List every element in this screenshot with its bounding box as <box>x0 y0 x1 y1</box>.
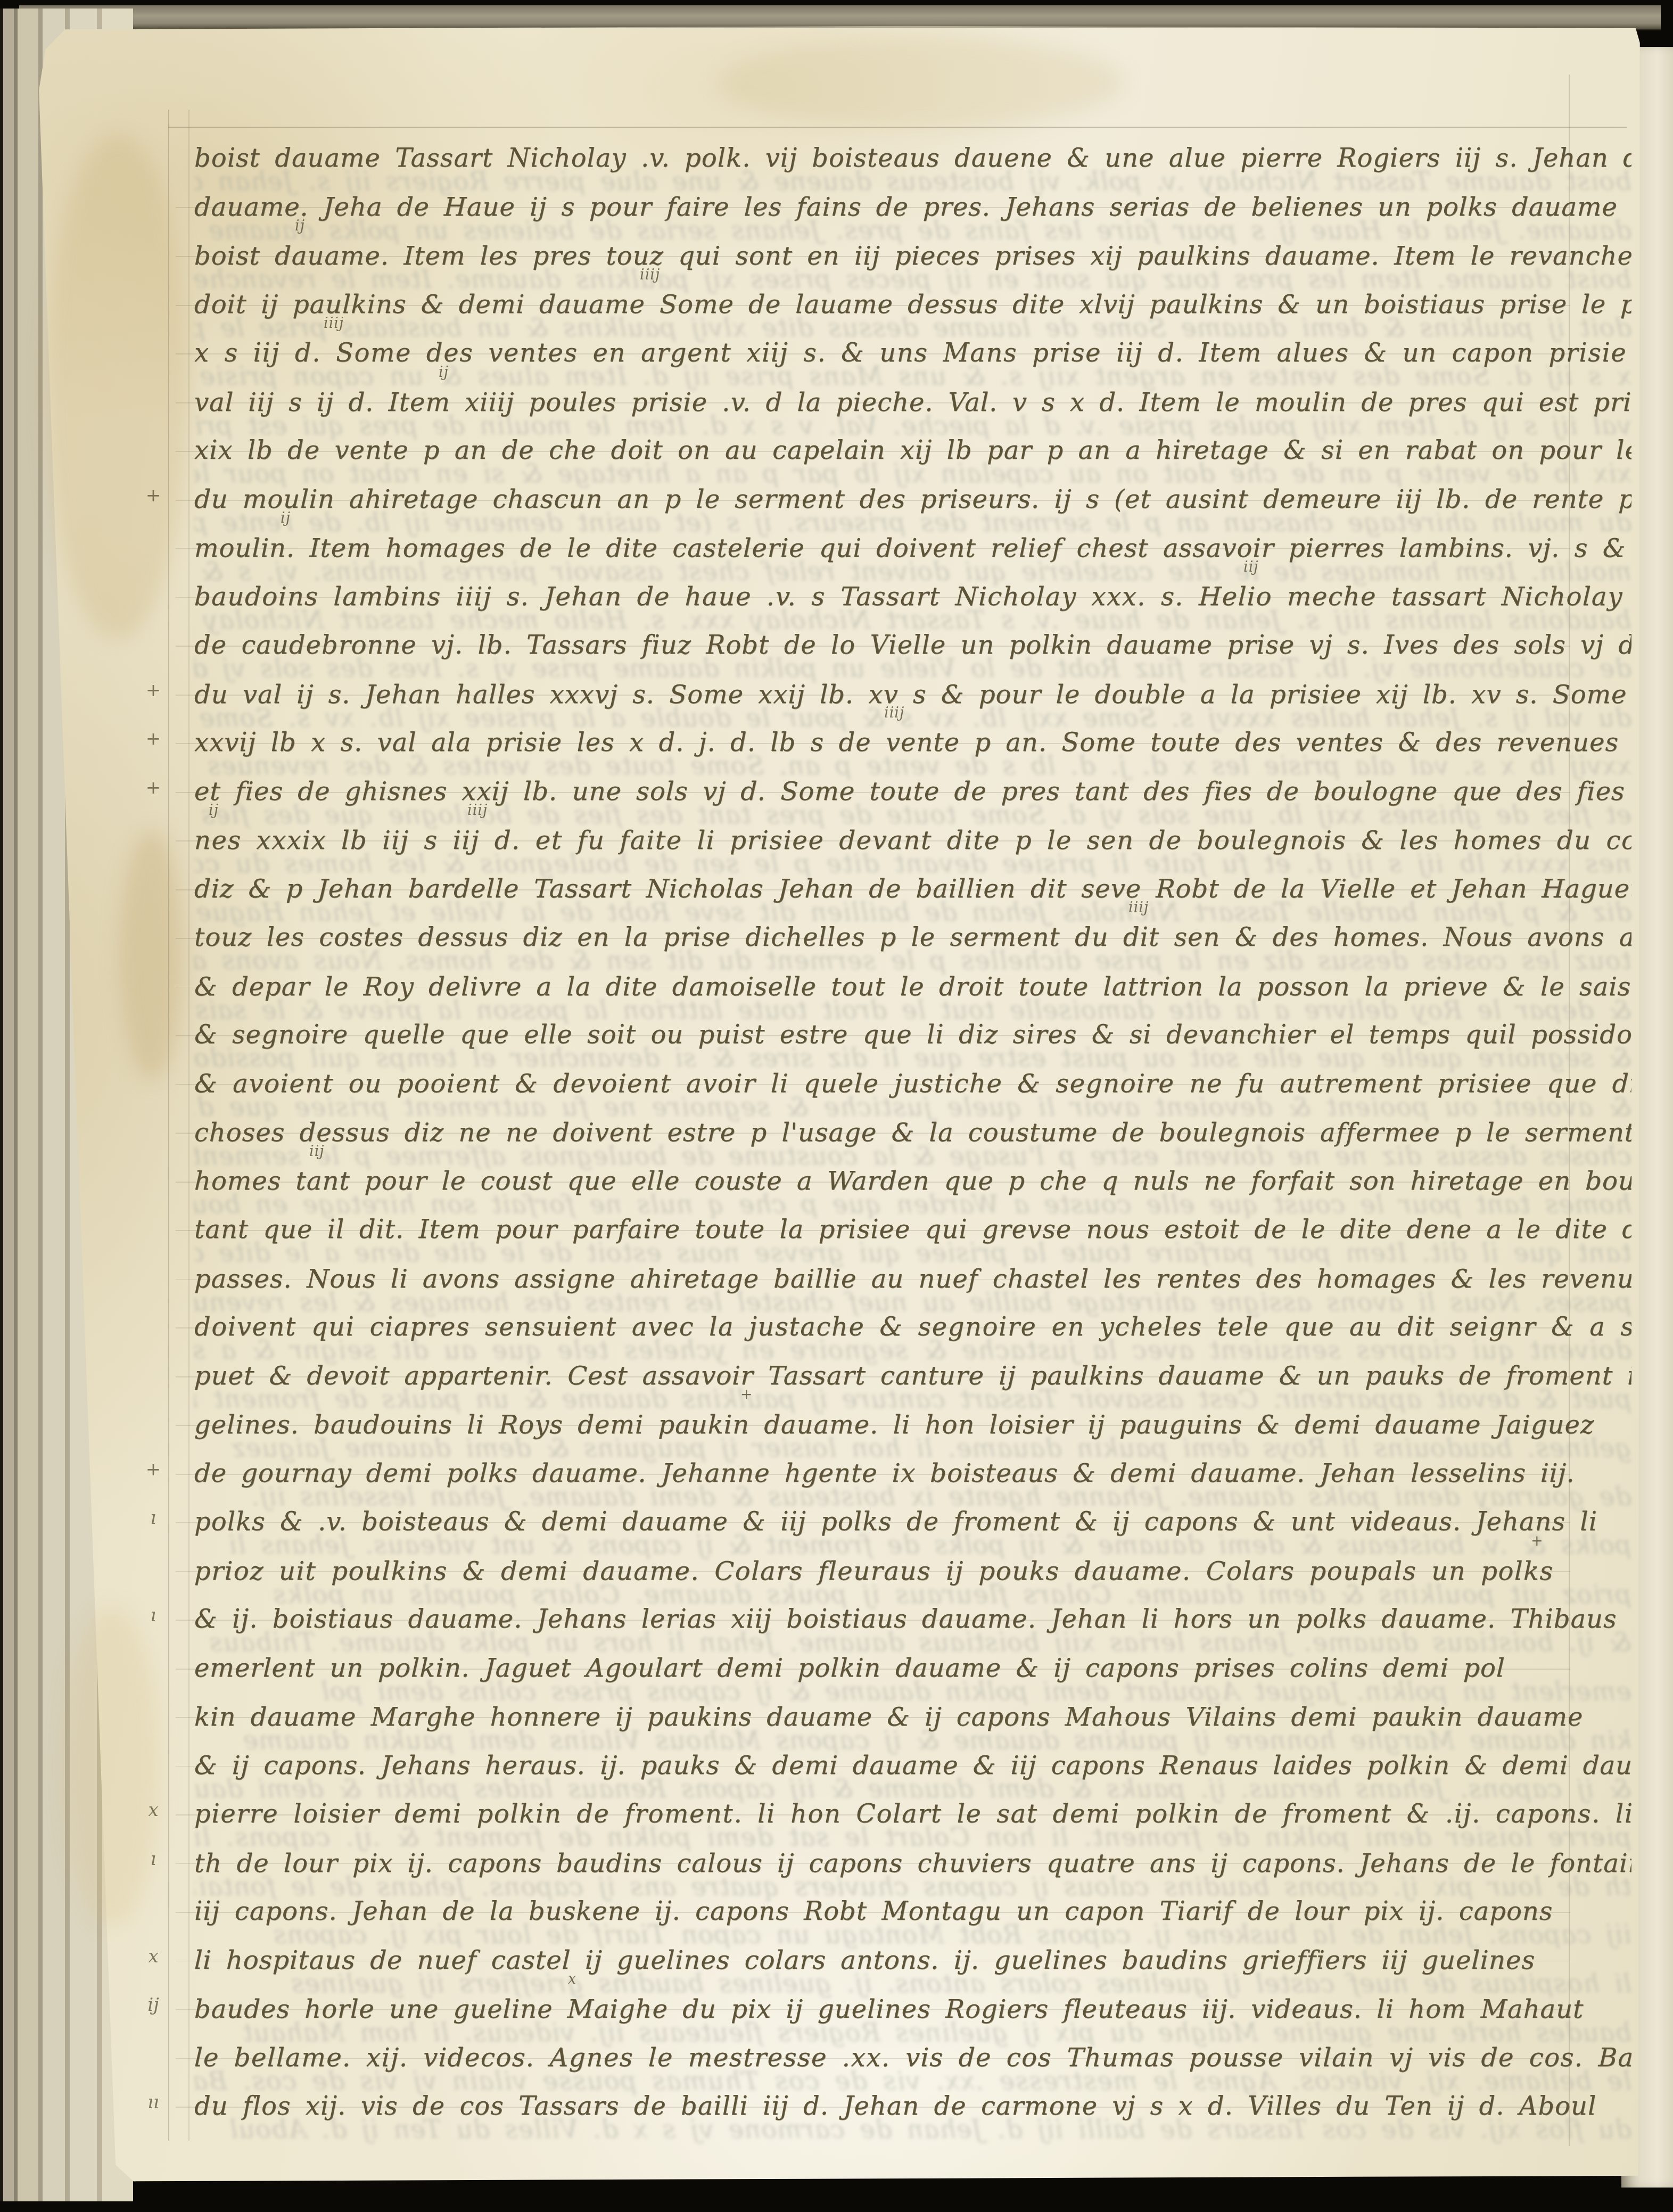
manuscript-line: dauame. Jeha de Haue ij s pour faire les… <box>193 183 1632 232</box>
manuscript-line: & avoient ou pooient & devoient avoir li… <box>193 1060 1632 1109</box>
manuscript-line: de caudebronne vj. lb. Tassars fiuz Robt… <box>194 621 1631 670</box>
manuscript-line: polks & .v. boisteaus & demi dauame & ii… <box>194 1498 1631 1547</box>
margin-mark: + <box>134 485 172 506</box>
manuscript-line: du moulin ahiretage chascun an p le serm… <box>193 475 1632 524</box>
manuscript-line: passes. Nous li avons assigne ahiretage … <box>194 1255 1632 1304</box>
manuscript-line: pierre loisier demi polkin de froment. l… <box>194 1790 1631 1839</box>
interlinear-addition: + <box>1531 1533 1544 1549</box>
manuscript-line: xxvij lb x s. val ala prisie les x d. j.… <box>194 719 1631 767</box>
manuscript-line: boist dauame Tassart Nicholay .v. polk. … <box>194 134 1631 183</box>
parchment-stain <box>719 37 1123 128</box>
margin-mark: x <box>134 1800 172 1821</box>
interlinear-addition: iij <box>309 1143 325 1160</box>
manuscript-line: emerlent un polkin. Jaguet Agoulart demi… <box>193 1644 1632 1693</box>
parchment-stain <box>120 830 184 1080</box>
parchment-stain <box>64 1607 160 1927</box>
manuscript-line: prioz uit poulkins & demi dauame. Colars… <box>194 1547 1632 1596</box>
interlinear-addition: iiij <box>324 315 344 332</box>
margin-mark: ıı <box>134 2092 172 2113</box>
top-rule <box>168 127 1627 128</box>
manuscript-line: iij capons. Jehan de la buskene ij. capo… <box>194 1887 1631 1936</box>
margin-mark: ı <box>134 1848 172 1870</box>
interlinear-addition: iiij <box>640 267 660 283</box>
interlinear-addition: iiij <box>1128 899 1149 916</box>
manuscript-line: de gournay demi polks dauame. Jehanne hg… <box>193 1449 1632 1498</box>
manuscript-line: du flos xij. vis de cos Tassars de baill… <box>194 2082 1631 2131</box>
margin-mark: ı <box>134 1605 172 1626</box>
margin-mark: x <box>134 1946 172 1967</box>
manuscript-line: baudes horle une gueline Maighe du pix i… <box>194 1985 1632 2034</box>
manuscript-line: choses dessus diz ne ne doivent estre p … <box>194 1109 1632 1158</box>
manuscript-line: le bellame. xij. videcos. Agnes le mestr… <box>193 2034 1632 2083</box>
manuscript-line: doit ij paulkins & demi dauame Some de l… <box>193 280 1632 329</box>
manuscript-line: th de lour pix ij. capons baudins calous… <box>194 1839 1632 1888</box>
manuscript-line: diz & p Jehan bardelle Tassart Nicholas … <box>193 865 1632 914</box>
manuscript-line: x s iij d. Some des ventes en argent xii… <box>194 329 1631 378</box>
manuscript-line: val iij s ij d. Item xiiij poules prisie… <box>194 378 1632 427</box>
manuscript-line: gelines. baudouins li Roys demi paukin d… <box>194 1401 1632 1450</box>
manuscript-line: tant que il dit. Item pour parfaire tout… <box>194 1206 1631 1254</box>
interlinear-addition: iij <box>1243 559 1259 575</box>
margin-mark: ij <box>134 1994 172 2016</box>
manuscript-line: moulin. Item homages de le dite casteler… <box>194 524 1632 573</box>
margin-mark: + <box>134 1459 172 1480</box>
manuscript-scan: boist dauame Tassart Nicholay .v. polk. … <box>0 0 1673 2212</box>
manuscript-line: & ij capons. Jehans heraus. ij. pauks & … <box>193 1741 1632 1790</box>
manuscript-line: homes tant pour le coust que elle couste… <box>193 1157 1632 1206</box>
margin-mark: ı <box>134 1507 172 1529</box>
manuscript-line: du val ij s. Jehan halles xxxvj s. Some … <box>194 671 1632 720</box>
interlinear-addition: iiij <box>467 802 488 819</box>
manuscript-line: baudoins lambins iiij s. Jehan de haue .… <box>193 573 1632 622</box>
manuscript-line: xix lb de vente p an de che doit on au c… <box>194 426 1631 475</box>
manuscript-line: kin dauame Marghe honnere ij paukins dau… <box>194 1693 1632 1742</box>
manuscript-line: & ij. boistiaus dauame. Jehans lerias xi… <box>194 1595 1631 1644</box>
interlinear-addition: ij <box>281 510 291 526</box>
manuscript-line: & segnoire quelle que elle soit ou puist… <box>194 1011 1631 1060</box>
interlinear-addition: ij <box>295 218 305 234</box>
left-margin-rule <box>168 110 169 2141</box>
manuscript-line: nes xxxix lb iij s iij d. et fu faite li… <box>194 816 1632 865</box>
margin-mark: + <box>134 728 172 749</box>
manuscript-line: touz les costes dessus diz en la prise d… <box>194 913 1631 962</box>
interlinear-addition: ij <box>439 364 449 381</box>
manuscript-line: doivent qui ciapres sensuient avec la ju… <box>194 1303 1631 1352</box>
manuscript-text-block: boist dauame Tassart Nicholay .v. polk. … <box>194 134 1631 2131</box>
interlinear-addition: ij <box>209 802 219 819</box>
manuscript-line: puet & devoit appartenir. Cest assavoir … <box>193 1352 1632 1401</box>
margin-mark: + <box>134 777 172 798</box>
margin-mark: + <box>134 680 172 701</box>
interlinear-addition: + <box>740 1386 753 1403</box>
manuscript-line: et fies de ghisnes xxij lb. une sols vj … <box>193 767 1632 816</box>
manuscript-line: li hospitaus de nuef castel ij guelines … <box>193 1936 1632 1985</box>
interlinear-addition: x <box>568 1971 576 1987</box>
manuscript-line: boist dauame. Item les pres touz qui son… <box>194 232 1632 281</box>
interlinear-addition: iiij <box>884 705 904 721</box>
manuscript-line: & depar le Roy delivre a la dite damoise… <box>194 963 1632 1012</box>
